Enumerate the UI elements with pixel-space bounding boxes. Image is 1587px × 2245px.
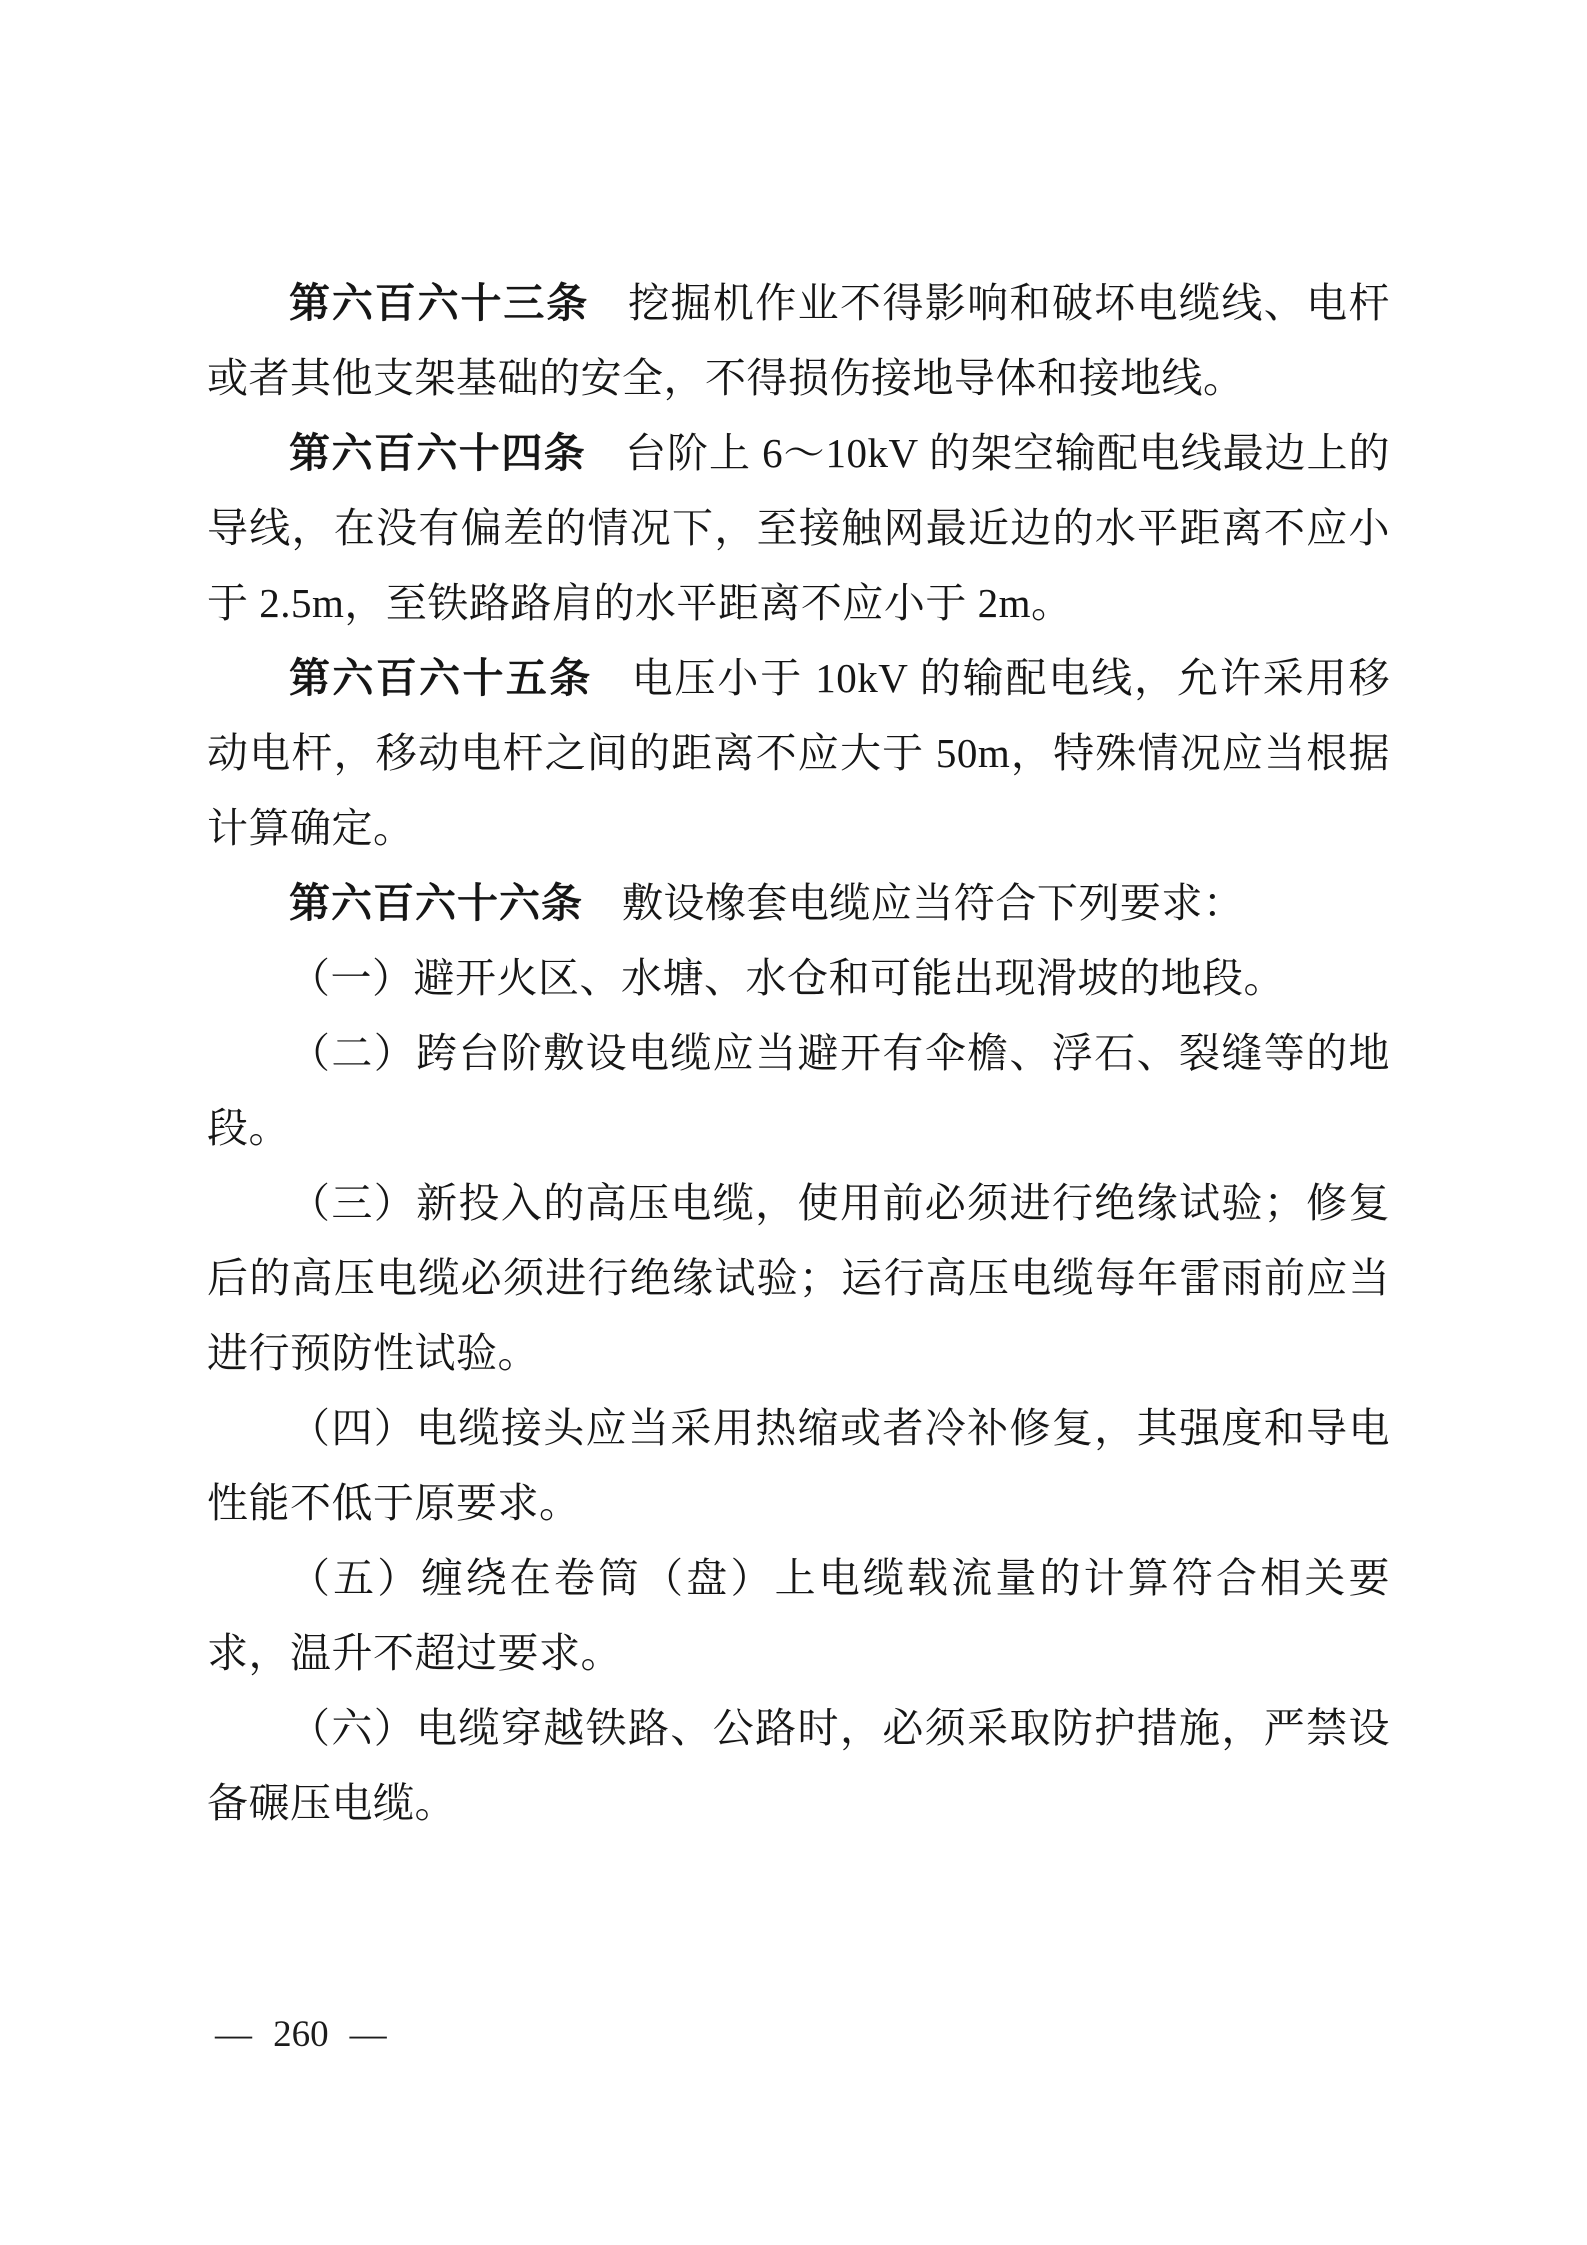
article-text-666: 敷设橡套电缆应当符合下列要求： (622, 880, 1245, 926)
list-item-3: （三）新投入的高压电缆，使用前必须进行绝缘试验；修复后的高压电缆必须进行绝缘试验… (207, 1166, 1390, 1391)
article-paragraph-665: 第六百六十五条电压小于 10kV 的输配电线，允许采用移动电杆，移动电杆之间的距… (207, 641, 1390, 866)
article-number-665: 第六百六十五条 (289, 655, 593, 701)
page-footer: — 260 — (215, 2012, 387, 2058)
article-number-666: 第六百六十六条 (289, 880, 583, 926)
list-item-2: （二）跨台阶敷设电缆应当避开有伞檐、浮石、裂缝等的地段。 (207, 1016, 1390, 1166)
document-body: 第六百六十三条挖掘机作业不得影响和破坏电缆线、电杆或者其他支架基础的安全，不得损… (207, 266, 1390, 1841)
article-number-663: 第六百六十三条 (289, 280, 589, 326)
article-paragraph-664: 第六百六十四条台阶上 6～10kV 的架空输配电线最边上的导线，在没有偏差的情况… (207, 416, 1390, 641)
list-item-6: （六）电缆穿越铁路、公路时，必须采取防护措施，严禁设备碾压电缆。 (207, 1691, 1390, 1841)
list-item-5: （五）缠绕在卷筒（盘）上电缆载流量的计算符合相关要求，温升不超过要求。 (207, 1541, 1390, 1691)
article-number-664: 第六百六十四条 (289, 430, 586, 476)
article-paragraph-663: 第六百六十三条挖掘机作业不得影响和破坏电缆线、电杆或者其他支架基础的安全，不得损… (207, 266, 1390, 416)
list-item-4: （四）电缆接头应当采用热缩或者冷补修复，其强度和导电性能不低于原要求。 (207, 1391, 1390, 1541)
article-paragraph-666: 第六百六十六条敷设橡套电缆应当符合下列要求： (207, 866, 1390, 941)
page-number: — 260 — (215, 2014, 387, 2055)
document-page: 第六百六十三条挖掘机作业不得影响和破坏电缆线、电杆或者其他支架基础的安全，不得损… (0, 0, 1587, 2245)
list-item-1: （一）避开火区、水塘、水仓和可能出现滑坡的地段。 (207, 941, 1390, 1016)
